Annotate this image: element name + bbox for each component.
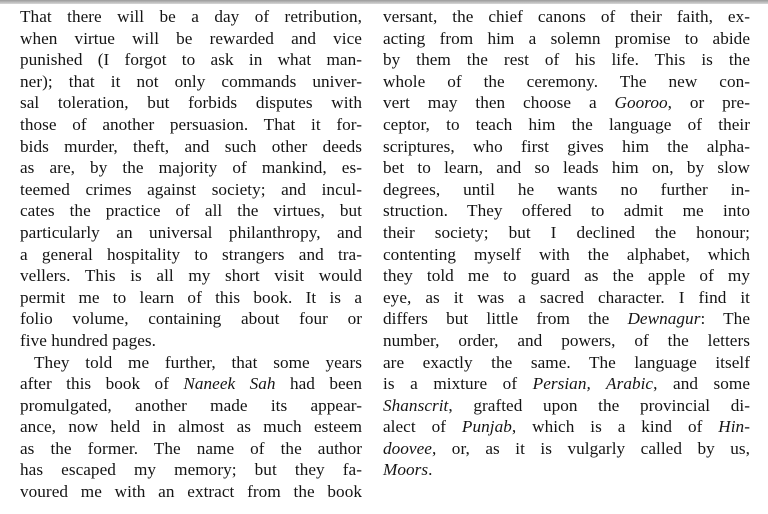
text-line: are exactly the same. The language itsel… xyxy=(383,352,750,374)
right-text-column: versant, the chief canons of their faith… xyxy=(383,6,750,481)
text-line: teemed crimes against society; and incul… xyxy=(20,179,362,201)
italic-term: Gooroo xyxy=(614,93,667,112)
text-segment: . xyxy=(428,460,432,479)
text-line: ner); that it not only commands univer- xyxy=(20,71,362,93)
text-line: five hundred pages. xyxy=(20,330,362,352)
text-segment: , or pre- xyxy=(668,93,750,112)
text-line: after this book of Naneek Sah had been xyxy=(20,373,362,395)
text-line: vert may then choose a Gooroo, or pre- xyxy=(383,92,750,114)
text-line: doovee, or, as it is vulgarly called by … xyxy=(383,438,750,460)
italic-term: Dewnagur xyxy=(627,309,700,328)
text-line: number, order, and powers, of the letter… xyxy=(383,330,750,352)
text-line: ance, now held in almost as much esteem xyxy=(20,416,362,438)
text-line: as the former. The name of the author xyxy=(20,438,362,460)
italic-term: doovee xyxy=(383,439,432,458)
text-segment: , grafted upon the provincial di- xyxy=(448,396,750,415)
text-line: They told me further, that some years xyxy=(20,352,362,374)
text-line: degrees, until he wants no further in- xyxy=(383,179,750,201)
text-segment: had been xyxy=(276,374,362,393)
text-line: contenting myself with the alphabet, whi… xyxy=(383,244,750,266)
italic-term: Persian, Arabic xyxy=(533,374,653,393)
text-segment: after this book of xyxy=(20,374,183,393)
text-line: bids murder, theft, and such other deeds xyxy=(20,136,362,158)
text-line: eye, as it was a sacred character. I fin… xyxy=(383,287,750,309)
italic-term: Punjab xyxy=(462,417,512,436)
text-line: scriptures, who first gives him the alph… xyxy=(383,136,750,158)
text-line: those of another persuasion. That it for… xyxy=(20,114,362,136)
book-page-scan: That there will be a day of retribution,… xyxy=(0,4,768,514)
text-line: punished (I forgot to ask in what man- xyxy=(20,49,362,71)
text-line: Shanscrit, grafted upon the provincial d… xyxy=(383,395,750,417)
italic-term: Shanscrit xyxy=(383,396,448,415)
text-line: struction. They offered to admit me into xyxy=(383,200,750,222)
text-line: they told me to guard as the apple of my xyxy=(383,265,750,287)
text-line: as are, by the majority of mankind, es- xyxy=(20,157,362,179)
text-line: particularly an universal philanthropy, … xyxy=(20,222,362,244)
text-segment: , or, as it is vulgarly called by us, xyxy=(432,439,750,458)
text-line: bet to learn, and so leads him on, by sl… xyxy=(383,157,750,179)
italic-term: Hin- xyxy=(718,417,750,436)
italic-term: Naneek Sah xyxy=(183,374,275,393)
text-segment: , which is a kind of xyxy=(512,417,718,436)
text-line: cates the practice of all the virtues, b… xyxy=(20,200,362,222)
text-segment: : The xyxy=(700,309,750,328)
text-line: voured me with an extract from the book xyxy=(20,481,362,503)
text-line: acting from him a solemn promise to abid… xyxy=(383,28,750,50)
text-line: versant, the chief canons of their faith… xyxy=(383,6,750,28)
text-line: when virtue will be rewarded and vice xyxy=(20,28,362,50)
text-line: their society; but I declined the honour… xyxy=(383,222,750,244)
text-line: folio volume, containing about four or xyxy=(20,308,362,330)
text-segment: differs but little from the xyxy=(383,309,627,328)
text-segment: vert may then choose a xyxy=(383,93,614,112)
italic-term: Moors xyxy=(383,460,428,479)
text-line: by them the rest of his life. This is th… xyxy=(383,49,750,71)
text-line: a general hospitality to strangers and t… xyxy=(20,244,362,266)
left-text-column: That there will be a day of retribution,… xyxy=(20,6,362,503)
text-line: has escaped my memory; but they fa- xyxy=(20,459,362,481)
text-line: is a mixture of Persian, Arabic, and som… xyxy=(383,373,750,395)
text-line: Moors. xyxy=(383,459,750,481)
text-line: promulgated, another made its appear- xyxy=(20,395,362,417)
text-line: That there will be a day of retribution, xyxy=(20,6,362,28)
text-line: whole of the ceremony. The new con- xyxy=(383,71,750,93)
text-line: sal toleration, but forbids disputes wit… xyxy=(20,92,362,114)
text-line: ceptor, to teach him the language of the… xyxy=(383,114,750,136)
text-segment: alect of xyxy=(383,417,462,436)
text-line: alect of Punjab, which is a kind of Hin- xyxy=(383,416,750,438)
text-line: permit me to learn of this book. It is a xyxy=(20,287,362,309)
text-segment: is a mixture of xyxy=(383,374,533,393)
text-line: vellers. This is all my short visit woul… xyxy=(20,265,362,287)
text-segment: , and some xyxy=(653,374,750,393)
text-line: differs but little from the Dewnagur: Th… xyxy=(383,308,750,330)
